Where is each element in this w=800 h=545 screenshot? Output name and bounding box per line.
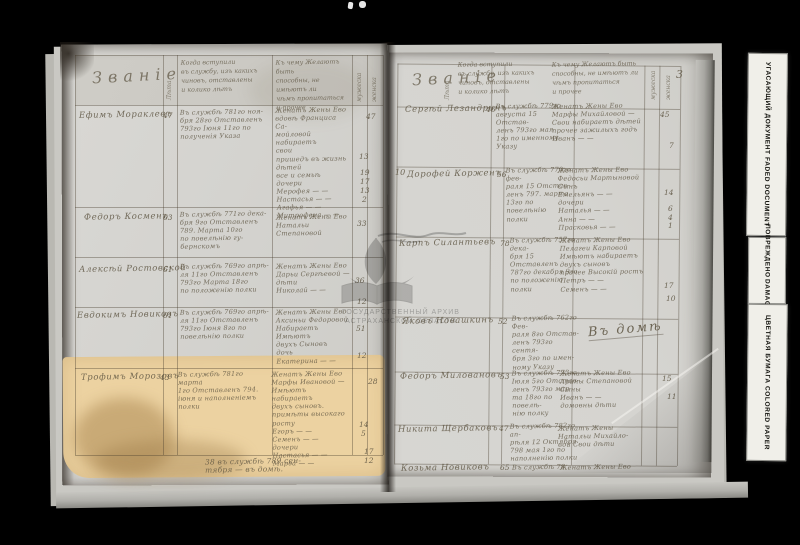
row-count: 13 xyxy=(359,152,369,161)
grid-line xyxy=(75,55,383,56)
watermark-book-left xyxy=(342,283,377,304)
row-family: Женатъ Жены Ево Федосьи Мартыновой Сынъ … xyxy=(557,165,644,231)
column-header-female: женска xyxy=(371,77,378,102)
row-count: 6 xyxy=(668,204,673,213)
row-count: 1 xyxy=(668,221,673,230)
row-family: Женатъ Жены Ево Арины Степановой Сыны Ив… xyxy=(560,368,645,410)
row-count: 17 xyxy=(664,281,674,290)
column-header-male: мужеска xyxy=(650,71,657,100)
row-count: 5 xyxy=(361,429,366,438)
row-count: 14 xyxy=(359,420,369,429)
row-service: Въ службѣ 762го Фев- раля 8го Отстав- ле… xyxy=(512,313,581,371)
row-age: 53 xyxy=(500,372,510,381)
row-count: 12 xyxy=(357,351,367,360)
row-count: 17 xyxy=(360,177,370,186)
row-name: Федоръ Миловановъ xyxy=(400,370,503,382)
watermark-org-region: АСТРАХАНСКОЙ ОБЛАСТИ xyxy=(345,316,457,325)
row-age: 47 xyxy=(499,424,509,433)
row-service: Въ службѣ 781го ноя- бря 28го Отставленъ… xyxy=(180,107,271,141)
row-count: 19 xyxy=(360,168,370,177)
page-number: 3 xyxy=(676,68,683,81)
watermark-pennant xyxy=(378,233,466,237)
row-count: 14 xyxy=(664,188,674,197)
column-header-age: Лѣта xyxy=(444,80,451,100)
scanned-archive-image: Званіе Лѣта Когда вступили въ службу, из… xyxy=(0,0,800,545)
row-age: 78 xyxy=(500,239,510,248)
row-number: 10 xyxy=(395,168,405,177)
column-header-age: Лѣта xyxy=(166,80,173,100)
watermark-org-name: ГОСУДАРСТВЕННЫЙ АРХИВ xyxy=(342,307,460,316)
watermark-pennant xyxy=(382,240,420,242)
label-colored-ru: ЦВЕТНАЯ БУМАГА xyxy=(759,315,775,384)
watermark-sail xyxy=(365,238,386,284)
column-header-family: Къ чему Желаютъ быть способны, не имѣютъ… xyxy=(552,59,641,97)
row-service: Въ службѣ 769го апрѣ- ля 11го Отставленъ… xyxy=(180,261,271,295)
row-count: 47 xyxy=(366,112,376,121)
label-damaged-ru: ПОВРЕЖДЕНО xyxy=(759,224,774,278)
label-faded-en: FADED DOCUMENT xyxy=(759,157,775,227)
label-colored-en: COLORED PAPER xyxy=(759,386,775,450)
row-age: 46 xyxy=(486,105,496,114)
row-count: 7 xyxy=(669,141,674,150)
column-header-service: Когда вступили въ службу, изъ какихъ чин… xyxy=(458,59,544,96)
row-name: Никита Щербаковъ xyxy=(398,423,498,435)
row-service: Въ службѣ 781го марта 1го Отставленъ 794… xyxy=(178,369,269,411)
archive-watermark: ГОСУДАРСТВЕННЫЙ АРХИВ АСТРАХАНСКОЙ ОБЛАС… xyxy=(316,226,486,326)
column-header-service: Когда вступили въ службу, изъ какихъ чин… xyxy=(181,57,270,95)
row-family: Женатъ Жены Ево Пелагеи Карповой Имѣютъ … xyxy=(560,235,645,293)
label-damaged: ПОВРЕЖДЕНО DAMAGED xyxy=(748,237,786,304)
row-age: 43 xyxy=(160,373,170,382)
row-service: Въ службѣ 769го апрѣ- ля 11го Отставленъ… xyxy=(180,307,271,341)
row-count: 28 xyxy=(368,377,378,386)
label-colored-paper: ЦВЕТНАЯ БУМАГА COLORED PAPER xyxy=(746,304,788,461)
row-family: Женатъ Жены Ево Марфы Ивановой — Имѣютъ … xyxy=(271,369,351,467)
label-faded-document: УГАСАЮЩИЙ ДОКУМЕНТ FADED DOCUMENT xyxy=(746,53,788,236)
row-age: 47 xyxy=(163,111,173,120)
column-header-male: мужеска xyxy=(356,73,363,102)
row-service: Въ службѣ 771го дека- бря 9го Отставленъ… xyxy=(180,209,271,251)
row-age: 63 xyxy=(163,213,173,222)
film-frame-mark xyxy=(348,2,354,10)
row-name: Федоръ Косменъ xyxy=(84,211,169,222)
row-name: Козьма Новиковъ xyxy=(401,462,490,474)
row-age: 52 xyxy=(498,317,508,326)
column-header-family: Къ чему Желаютъ быть способны, не имѣютъ… xyxy=(276,57,351,112)
film-frame-mark xyxy=(359,1,366,8)
row-name: Ефимъ Мораклевъ xyxy=(79,109,172,121)
row-family: Женатъ Жены Ево Марфы Михайловой — Свои … xyxy=(552,101,643,143)
row-count: 45 xyxy=(660,110,670,119)
row-family: Женатъ Жены Ево вдовѣ Франциса Са- мойло… xyxy=(275,105,351,220)
row-count: 10 xyxy=(666,294,676,303)
label-faded-ru: УГАСАЮЩИЙ ДОКУМЕНТ xyxy=(759,62,775,155)
row-age: 61 xyxy=(163,311,173,320)
row-age: 65 xyxy=(500,463,510,472)
row-age: 61 xyxy=(163,265,173,274)
column-header-female: женска xyxy=(665,75,672,100)
watermark-book-right xyxy=(377,283,412,304)
page-footer-note: 38 въ службѣ 789 сен- тября — въ домѣ. xyxy=(205,455,385,474)
row-name: Дорофей Корженъ xyxy=(407,168,502,180)
row-count: 13 xyxy=(360,186,370,195)
grid-line xyxy=(75,55,76,455)
row-count: 2 xyxy=(362,195,367,204)
